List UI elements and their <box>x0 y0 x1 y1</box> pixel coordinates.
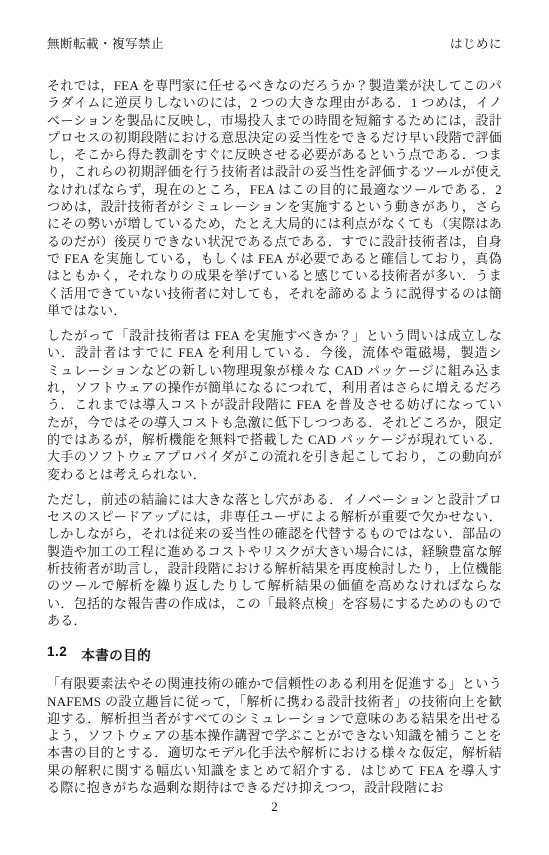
section-title: 本書の目的 <box>81 644 151 664</box>
paragraph: したがって「設計技術者は FEA を実施すべきか？」という問いは成立しない．設計… <box>47 327 502 483</box>
running-title: はじめに <box>450 34 502 52</box>
page-footer: 2 <box>0 799 549 815</box>
book-page: 無断転載・複写禁止 はじめに それでは，FEA を専門家に任せるべきなのだろうか… <box>0 0 549 855</box>
page-body: それでは，FEA を専門家に任せるべきなのだろうか？製造業が決してこのパラダイム… <box>0 52 549 796</box>
paragraph: 「有限要素法やその関連技術の確かで信頼性のある利用を促進する」という NAFEM… <box>47 675 502 796</box>
paragraph: それでは，FEA を専門家に任せるべきなのだろうか？製造業が決してこのパラダイム… <box>47 77 502 319</box>
section-heading: 1.2 本書の目的 <box>47 644 502 664</box>
copyright-notice: 無断転載・複写禁止 <box>47 34 164 52</box>
paragraph: ただし，前述の結論には大きな落とし穴がある．イノベーションと設計プロセスのスピー… <box>47 491 502 629</box>
page-header: 無断転載・複写禁止 はじめに <box>0 0 549 52</box>
page-number: 2 <box>271 799 278 814</box>
section-number: 1.2 <box>47 644 67 664</box>
